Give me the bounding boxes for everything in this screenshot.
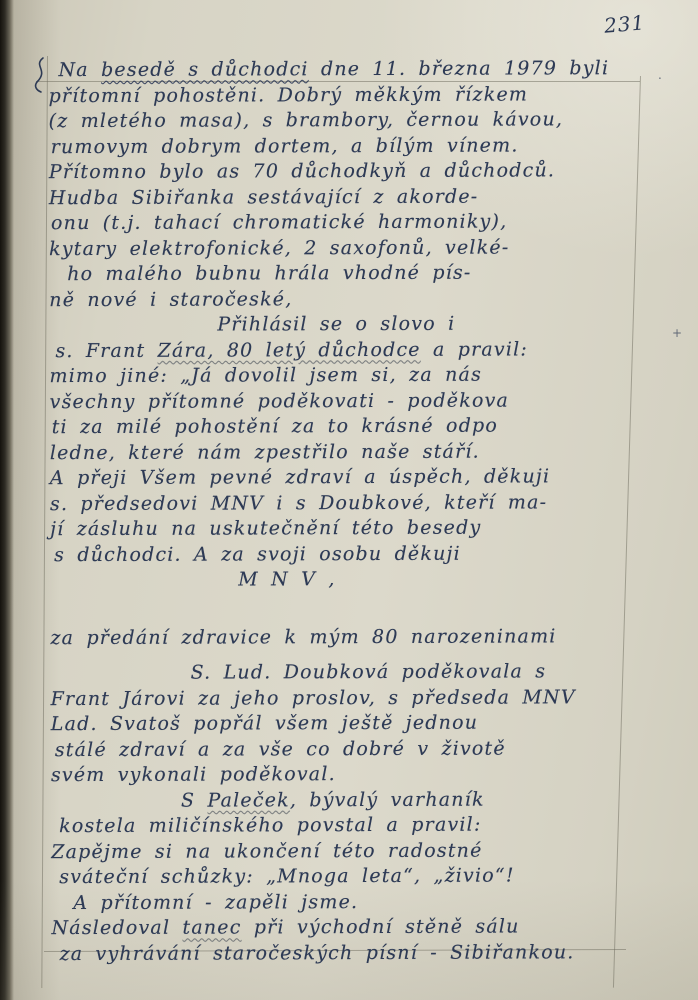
manuscript-line: ti za milé pohostění za to krásné odpo [50,413,695,441]
manuscript-line: Hudba Sibiřanka sestávající z akorde- [49,183,694,211]
manuscript-line: Na besedě s důchodci dne 11. března 1979… [48,56,693,84]
book-binding-edge [0,0,14,1000]
manuscript-line: stálé zdraví a za vše co dobré v životě [51,735,696,763]
manuscript-line: svém vykonali poděkoval. [51,761,696,789]
underlined-phrase: tanec [182,916,241,938]
underlined-phrase: Zára, 80 letý důchodce [158,338,421,361]
manuscript-line: ledne, které nám zpestřilo naše stáří. [50,438,695,466]
manuscript-line: za předání zdravice k mým 80 narozeninam… [50,623,695,651]
manuscript-line: Zapějme si na ukončení této radostné [51,837,696,865]
manuscript-line: S Paleček, bývalý varhaník [51,786,696,814]
manuscript-line: A přítomní - zapěli jsme. [51,888,696,916]
ink-speck: + [672,326,682,340]
chronicle-page-photo: 231 Na besedě s důchodci dne 11. března … [0,0,698,1000]
manuscript-line: mimo jiné: „Já dovolil jsem si, za nás [49,362,694,390]
ink-speck: . [658,68,662,82]
manuscript-line: rumovym dobrym dortem, a bílým vínem. [49,132,694,160]
underlined-phrase: besedě s důchodci [101,58,309,81]
manuscript-line: Přihlásil se o slovo i [49,311,694,339]
manuscript-line: ně nové i staročeské, [49,285,694,313]
underlined-phrase: Paleček [207,789,289,811]
manuscript-line: všechny přítomné poděkovati - poděkova [50,387,695,415]
manuscript-line: jí zásluhu na uskutečnění této besedy [50,515,695,543]
manuscript-line: onu (t.j. tahací chromatické harmoniky), [49,209,694,237]
manuscript-line: A přeji Všem pevné zdraví a úspěch, děku… [50,464,695,492]
manuscript-line: M N V , [50,566,695,594]
manuscript-line: přítomní pohostěni. Dobrý měkkým řízkem [49,81,694,109]
manuscript-line: s. Frant Zára, 80 letý důchodce a pravil… [49,336,694,364]
manuscript-line: Přítomno bylo as 70 důchodkyň a důchodců… [49,158,694,186]
manuscript-text-block: Na besedě s důchodci dne 11. března 1979… [48,56,696,967]
manuscript-line: S. Lud. Doubková poděkovala s [51,659,696,687]
manuscript-line: kostela miličínského povstal a pravil: [51,812,696,840]
manuscript-line: Frant Járovi za jeho proslov, s předseda… [51,684,696,712]
manuscript-line: sváteční schůzky: „Mnoga leta“, „živio“! [51,863,696,891]
manuscript-line: za vyhrávání staročeských písní - Sibiřa… [51,939,696,967]
manuscript-line: kytary elektrofonické, 2 saxofonů, velké… [49,234,694,262]
manuscript-line: (z mletého masa), s brambory, černou káv… [49,107,694,135]
margin-line-left [41,56,48,988]
manuscript-line: Lad. Svatoš popřál všem ještě jednou [51,710,696,738]
manuscript-lines: Na besedě s důchodci dne 11. března 1979… [48,56,696,967]
manuscript-line: Následoval tanec při východní stěně sálu [51,914,696,942]
manuscript-line: s. předsedovi MNV i s Doubkové, kteří ma… [50,489,695,517]
page-number: 231 [603,10,646,37]
manuscript-line: ho malého bubnu hrála vhodné pís- [49,260,694,288]
manuscript-line: s důchodci. A za svoji osobu děkuji [50,540,695,568]
